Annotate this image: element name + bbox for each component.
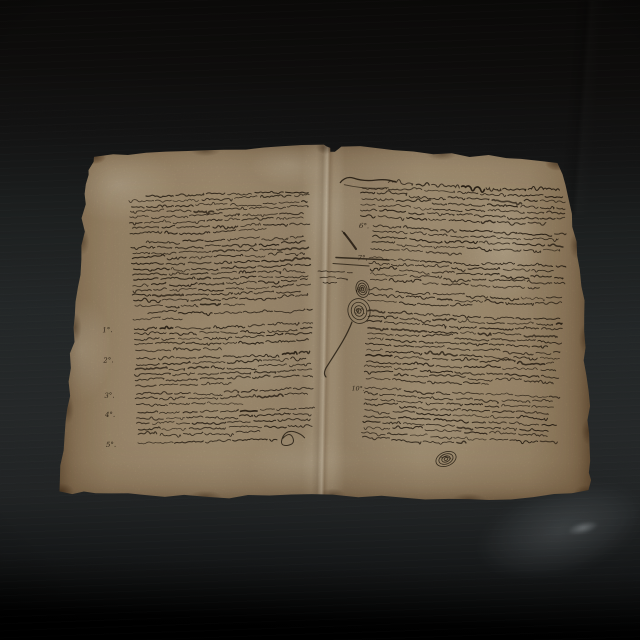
photograph: 1°.2°.3°.4°.5°.6°.7°.8°.9°.10°. xyxy=(0,0,640,640)
manuscript-paper xyxy=(55,134,592,506)
